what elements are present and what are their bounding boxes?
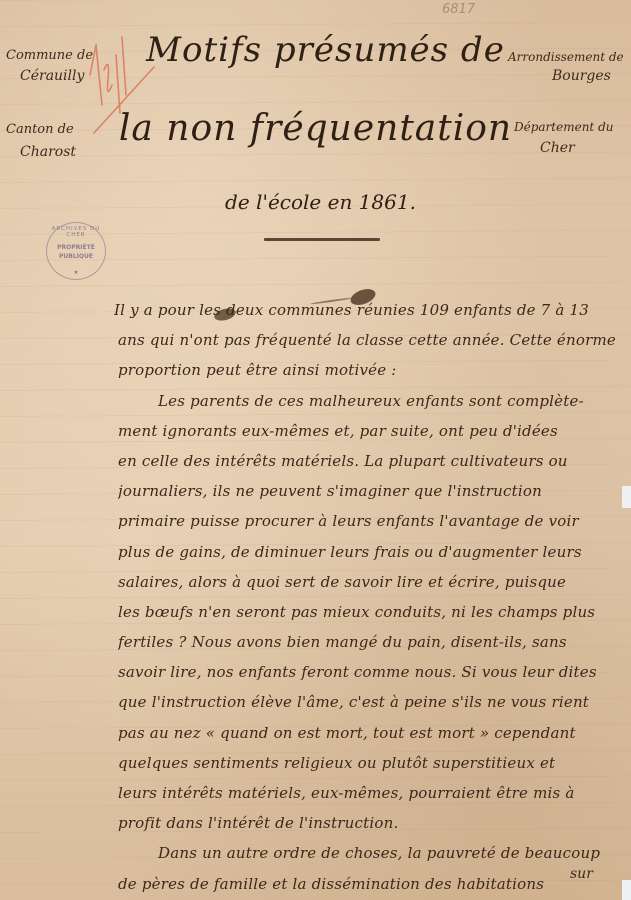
title-line-3: de l'école en 1861. <box>0 190 631 214</box>
manuscript-page: 6817 Commune de Cérauilly Canton de Char… <box>0 0 631 900</box>
letter-body: Il y a pour les deux communes réunies 10… <box>118 295 618 899</box>
body-line: profit dans l'intérêt de l'instruction. <box>118 808 618 838</box>
body-line: en celle des intérêts matériels. La plup… <box>118 446 618 476</box>
body-line: ans qui n'ont pas fréquenté la classe ce… <box>118 325 618 355</box>
stamp-ring-text: ARCHIVES DU CHER <box>47 226 105 238</box>
body-line: primaire puisse procurer à leurs enfants… <box>118 506 618 536</box>
body-line: Il y a pour les deux communes réunies 10… <box>114 295 618 325</box>
commune-value: Cérauilly <box>6 69 93 84</box>
arrondissement-value: Bourges <box>508 69 624 84</box>
title-line-1: Motifs présumés de <box>0 30 631 70</box>
body-line: ment ignorants eux-mêmes et, par suite, … <box>118 416 618 446</box>
body-line: leurs intérêts matériels, eux-mêmes, pou… <box>118 778 618 808</box>
body-line: savoir lire, nos enfants feront comme no… <box>118 657 618 687</box>
stamp-star-icon: ★ <box>47 269 105 276</box>
catchword: sur <box>570 866 593 882</box>
title-line-2: la non fréquentation <box>0 108 631 149</box>
body-line: plus de gains, de diminuer leurs frais o… <box>118 537 618 567</box>
stamp-center-line-1: PROPRIÉTÉ <box>47 244 105 251</box>
pencil-archive-number: 6817 <box>442 2 475 17</box>
title-underline <box>264 238 380 241</box>
stamp-center-line-2: PUBLIQUE <box>47 253 105 260</box>
body-line: quelques sentiments religieux ou plutôt … <box>118 748 618 778</box>
archives-stamp: ARCHIVES DU CHER PROPRIÉTÉ PUBLIQUE ★ <box>46 222 106 280</box>
body-line: Dans un autre ordre de choses, la pauvre… <box>118 838 618 868</box>
body-line: les bœufs n'en seront pas mieux conduits… <box>118 597 618 627</box>
body-line: fertiles ? Nous avons bien mangé du pain… <box>118 627 618 657</box>
body-line: que l'instruction élève l'âme, c'est à p… <box>118 687 618 717</box>
body-line: proportion peut être ainsi motivée : <box>118 355 618 385</box>
page-edge-tear <box>622 880 631 900</box>
page-edge-tear <box>622 486 631 508</box>
body-line: Les parents de ces malheureux enfants so… <box>118 386 618 416</box>
body-line: pas au nez « quand on est mort, tout est… <box>118 718 618 748</box>
body-line: salaires, alors à quoi sert de savoir li… <box>118 567 618 597</box>
body-line: de pères de famille et la dissémination … <box>118 869 618 899</box>
body-line: journaliers, ils ne peuvent s'imaginer q… <box>118 476 618 506</box>
